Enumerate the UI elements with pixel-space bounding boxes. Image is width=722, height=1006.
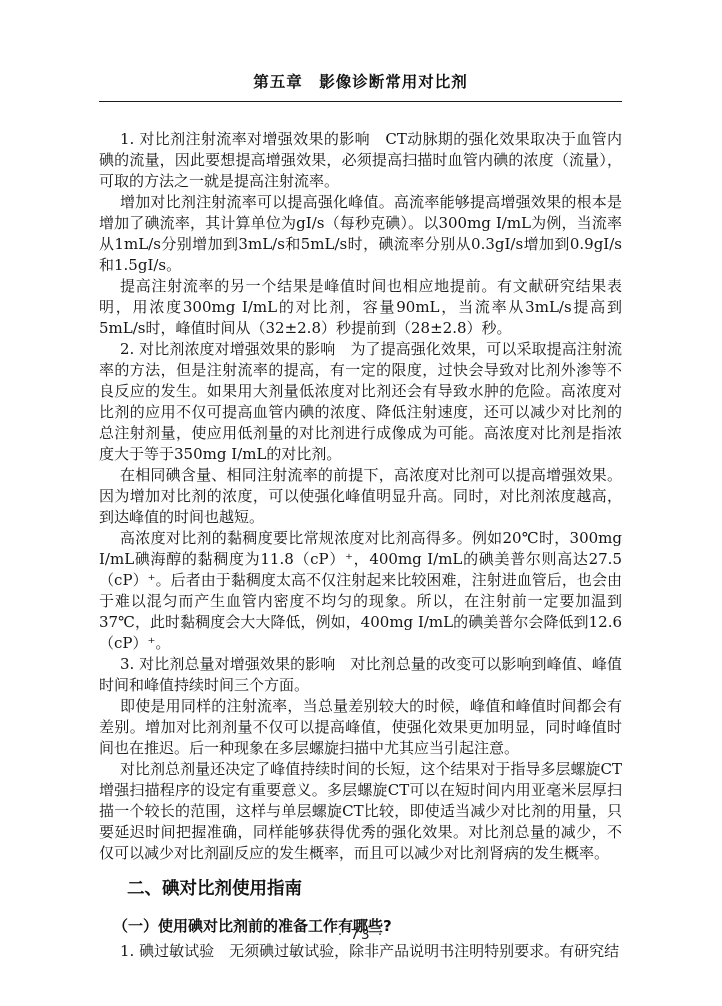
paragraph: 2. 对比剂浓度对增强效果的影响 为了提高强化效果，可以采取提高注射流率的方法，…: [99, 339, 622, 465]
chapter-header-title: 第五章 影像诊断常用对比剂: [99, 72, 622, 92]
trailing-body-text: 1. 碘过敏试验 无须碘过敏试验，除非产品说明书注明特别要求。有研究结: [99, 941, 622, 962]
section-heading: 二、碘对比剂使用指南: [99, 877, 622, 901]
paragraph: 1. 对比剂注射流率对增强效果的影响 CT动脉期的强化效果取决于血管内碘的流量，…: [99, 129, 622, 192]
paragraph: 即使是用同样的注射流率，当总量差别较大的时候，峰值和峰值时间都会有差别。增加对比…: [99, 696, 622, 759]
paragraph: 对比剂总剂量还决定了峰值持续时间的长短，这个结果对于指导多层螺旋CT增强扫描程序…: [99, 759, 622, 864]
paragraph: 1. 碘过敏试验 无须碘过敏试验，除非产品说明书注明特别要求。有研究结: [99, 941, 622, 962]
body-text: 1. 对比剂注射流率对增强效果的影响 CT动脉期的强化效果取决于血管内碘的流量，…: [99, 129, 622, 864]
header-rule: [99, 101, 622, 102]
page-number: · 73 ·: [0, 927, 722, 943]
paragraph: 在相同碘含量、相同注射流率的前提下，高浓度对比剂可以提高增强效果。因为增加对比剂…: [99, 465, 622, 528]
page-content: 第五章 影像诊断常用对比剂 1. 对比剂注射流率对增强效果的影响 CT动脉期的强…: [0, 0, 722, 962]
paragraph: 3. 对比剂总量对增强效果的影响 对比剂总量的改变可以影响到峰值、峰值时间和峰值…: [99, 654, 622, 696]
paragraph: 提高注射流率的另一个结果是峰值时间也相应地提前。有文献研究结果表明，用浓度300…: [99, 276, 622, 339]
book-page: 第五章 影像诊断常用对比剂 1. 对比剂注射流率对增强效果的影响 CT动脉期的强…: [0, 0, 722, 1006]
paragraph: 高浓度对比剂的黏稠度要比常规浓度对比剂高得多。例如20℃时，300mg I/mL…: [99, 528, 622, 654]
paragraph: 增加对比剂注射流率可以提高强化峰值。高流率能够提高增强效果的根本是增加了碘流率，…: [99, 192, 622, 276]
